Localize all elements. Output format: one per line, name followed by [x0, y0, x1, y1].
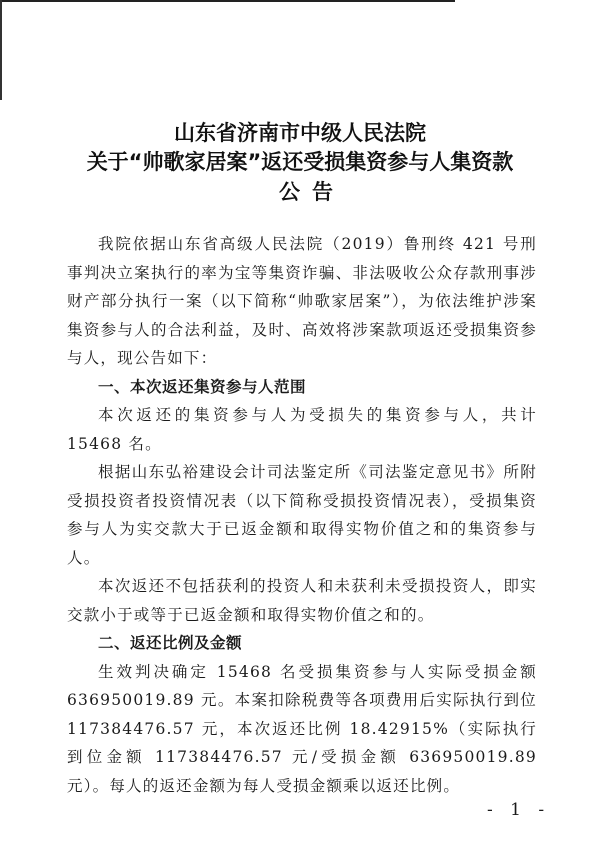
title-subject: 关于“帅歌家居案”返还受损集资参与人集资款 [0, 146, 600, 176]
section-2-heading: 二、返还比例及金额 [67, 629, 537, 658]
title-announcement: 公告 [0, 176, 600, 206]
scan-border [0, 0, 2, 100]
title-court-name: 山东省济南市中级人民法院 [0, 117, 600, 147]
page-number: - 1 - [487, 800, 550, 820]
section-1-paragraph-2: 根据山东弘裕建设会计司法鉴定所《司法鉴定意见书》所附受损投资者投资情况表（以下简… [67, 458, 537, 572]
intro-paragraph: 我院依据山东省高级人民法院（2019）鲁刑终 421 号刑事判决立案执行的率为宝… [67, 230, 537, 373]
section-1-heading: 一、本次返还集资参与人范围 [67, 373, 537, 402]
document-body: 我院依据山东省高级人民法院（2019）鲁刑终 421 号刑事判决立案执行的率为宝… [67, 230, 537, 800]
section-1-paragraph-3: 本次返还不包括获利的投资人和未获利未受损投资人，即实交款小于或等于已返金额和取得… [67, 572, 537, 629]
section-1-paragraph-1: 本次返还的集资参与人为受损失的集资参与人，共计 15468 名。 [67, 401, 537, 458]
scan-border [0, 0, 455, 2]
section-2-paragraph-1: 生效判决确定 15468 名受损集资参与人实际受损金额 636950019.89… [67, 658, 537, 801]
